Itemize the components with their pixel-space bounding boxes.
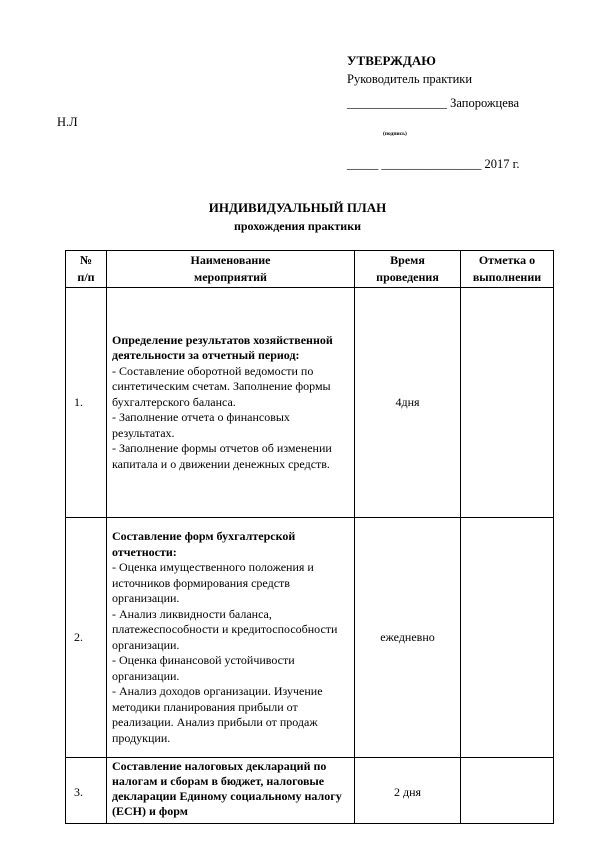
table-row: 2. Составление форм бухгалтерской отчетн…	[66, 518, 554, 758]
approver-initials: Н.Л	[57, 115, 78, 130]
row-time: 2 дня	[355, 758, 461, 824]
row-time: ежедневно	[355, 518, 461, 758]
row-mark	[461, 518, 554, 758]
row-item: - Анализ доходов организации. Изучение м…	[112, 684, 349, 746]
plan-table: №п/п Наименованиемероприятий Времяпровед…	[65, 250, 554, 824]
table-row: 1. Определение результатов хозяйственной…	[66, 288, 554, 518]
row-description: Составление налоговых деклараций по нало…	[107, 758, 355, 824]
row-heading: Составление форм бухгалтерской отчетност…	[112, 529, 349, 560]
row-heading: Составление налоговых деклараций по нало…	[112, 759, 349, 819]
header-time: Времяпроведения	[355, 251, 461, 288]
row-mark	[461, 288, 554, 518]
row-number: 3.	[66, 758, 107, 824]
approval-title: УТВЕРЖДАЮ	[347, 53, 436, 69]
row-item: - Оценка имущественного положения и исто…	[112, 560, 349, 607]
row-time: 4дня	[355, 288, 461, 518]
document-title: ИНДИВИДУАЛЬНЫЙ ПЛАН	[0, 200, 595, 216]
table-row: 3. Составление налоговых деклараций по н…	[66, 758, 554, 824]
row-description: Определение результатов хозяйственной де…	[107, 288, 355, 518]
row-item: - Составление оборотной ведомости по син…	[112, 364, 349, 411]
approval-role: Руководитель практики	[347, 72, 472, 87]
signature-caption: (подпись)	[383, 131, 407, 137]
header-number: №п/п	[66, 251, 107, 288]
row-description: Составление форм бухгалтерской отчетност…	[107, 518, 355, 758]
row-item: - Заполнение формы отчетов об изменении …	[112, 441, 349, 472]
row-heading: Определение результатов хозяйственной де…	[112, 333, 349, 364]
row-number: 1.	[66, 288, 107, 518]
document-subtitle: прохождения практики	[0, 219, 595, 234]
row-item: - Заполнение отчета о финансовых результ…	[112, 410, 349, 441]
row-item: - Оценка финансовой устойчивости организ…	[112, 653, 349, 684]
row-item: - Анализ ликвидности баланса, платежеспо…	[112, 607, 349, 654]
row-mark	[461, 758, 554, 824]
row-number: 2.	[66, 518, 107, 758]
approval-date-line: _____ ________________ 2017 г.	[347, 157, 519, 172]
header-activities: Наименованиемероприятий	[107, 251, 355, 288]
approval-signature-line: ________________ Запорожцева	[347, 96, 519, 111]
header-completion-mark: Отметка овыполнении	[461, 251, 554, 288]
table-header-row: №п/п Наименованиемероприятий Времяпровед…	[66, 251, 554, 288]
